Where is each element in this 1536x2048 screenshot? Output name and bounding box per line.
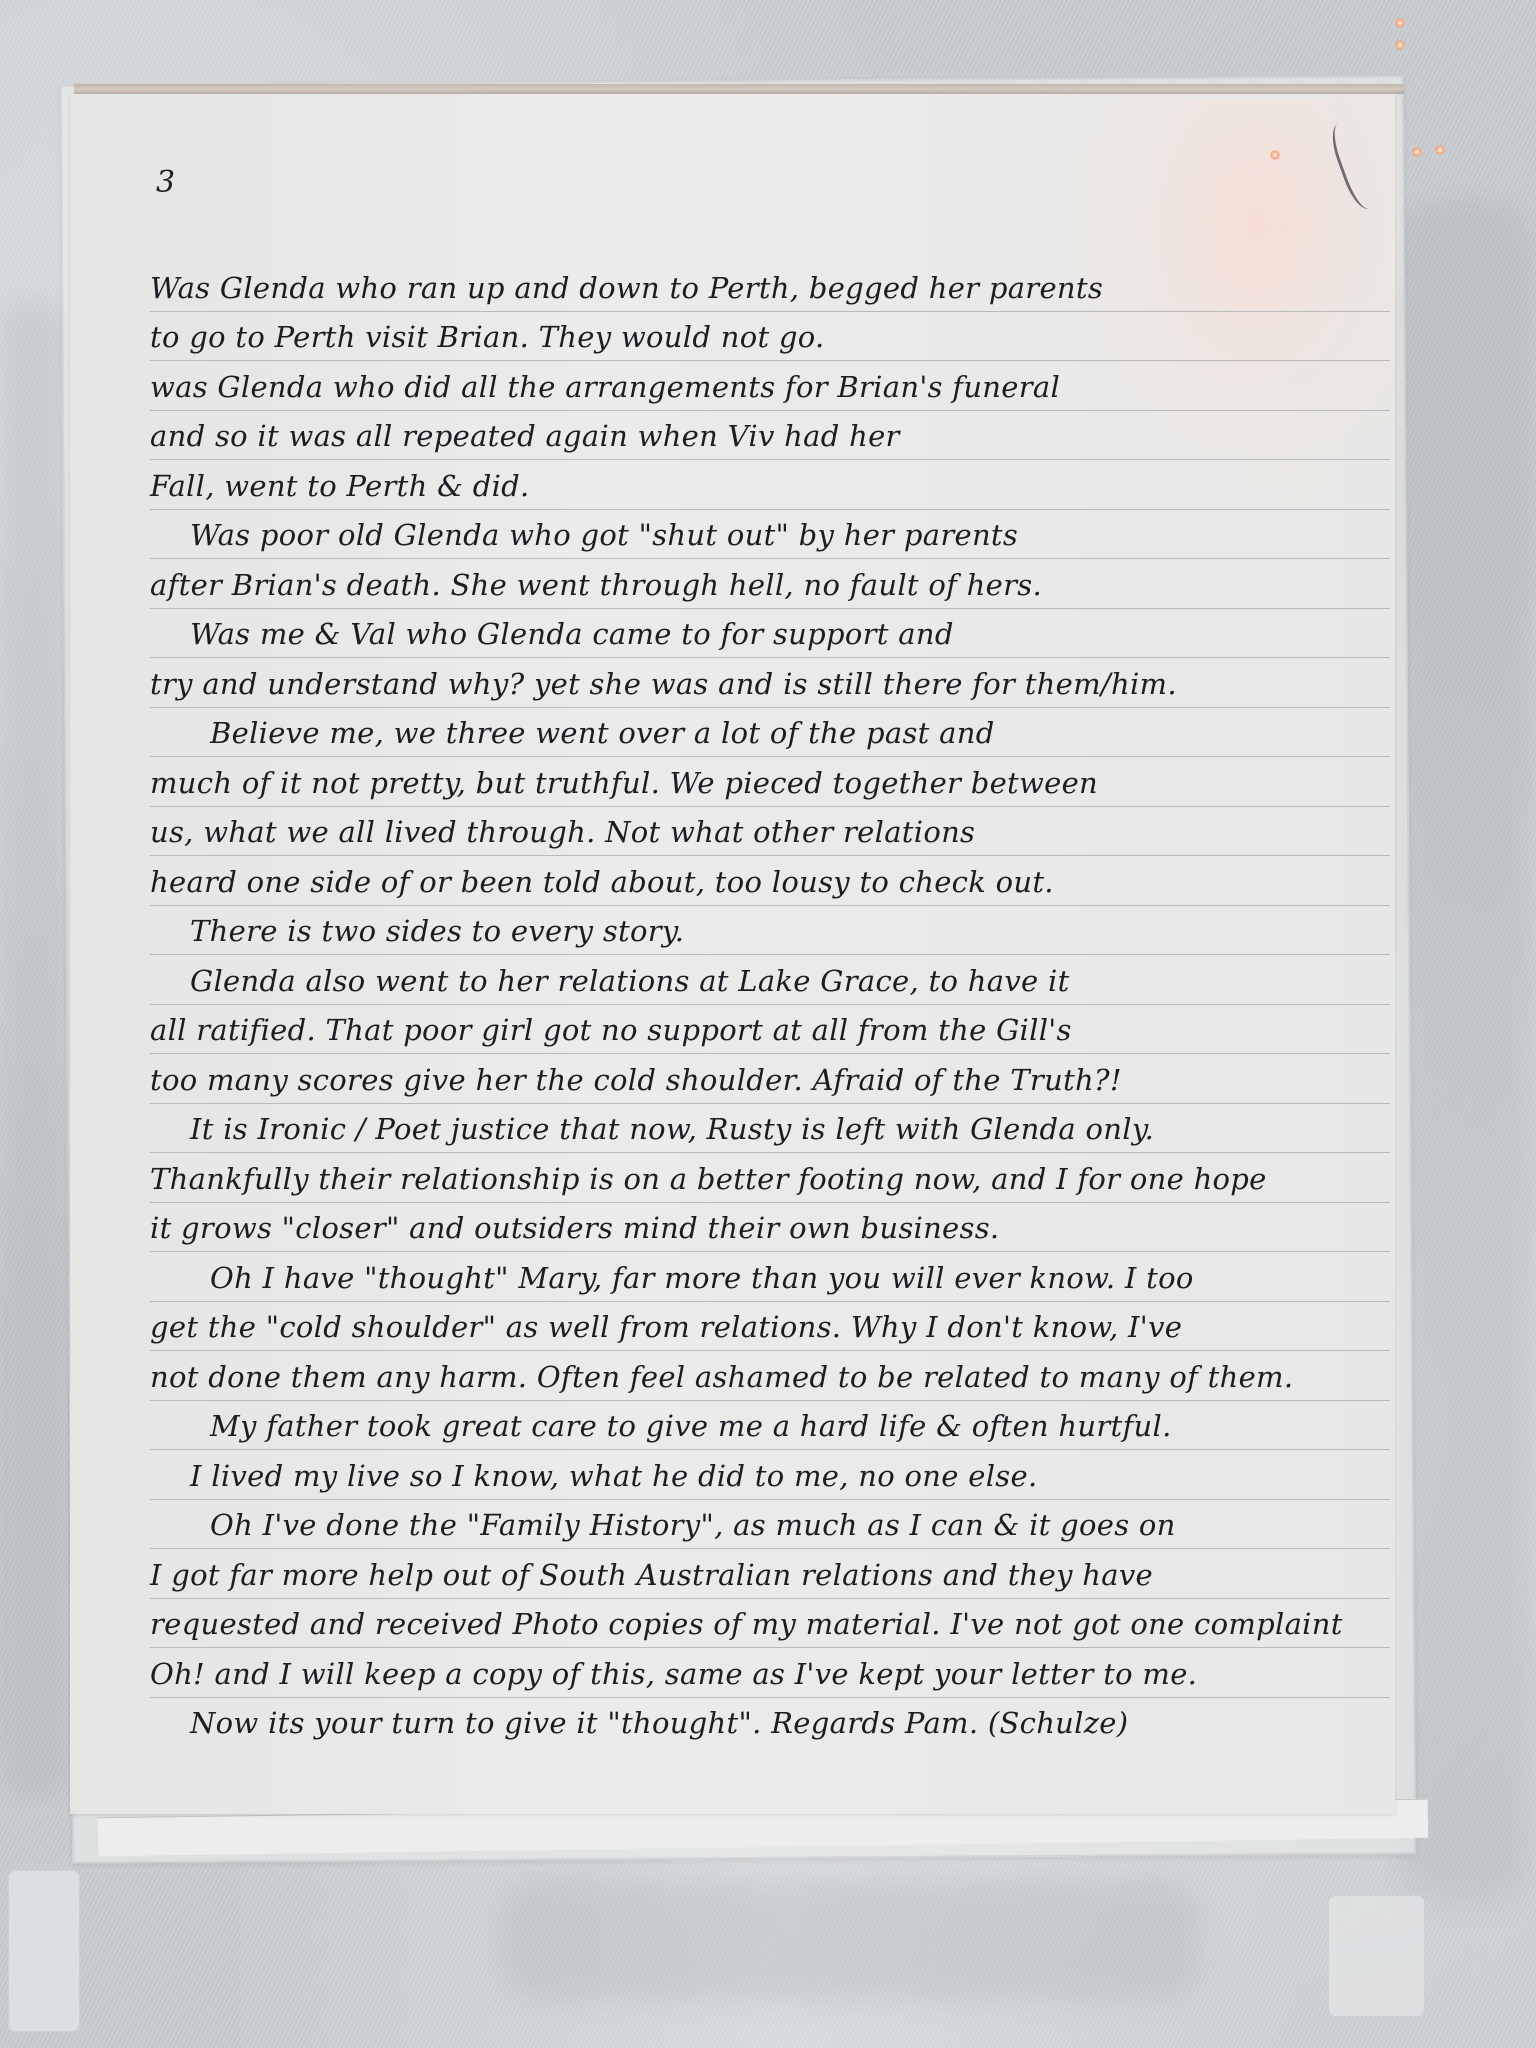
handwritten-line: Was poor old Glenda who got "shut out" b…	[190, 518, 1018, 552]
ruled-line: to go to Perth visit Brian. They would n…	[150, 312, 1390, 362]
handwritten-line: and so it was all repeated again when Vi…	[150, 419, 900, 453]
handwritten-line: Believe me, we three went over a lot of …	[210, 716, 995, 750]
handwritten-line: Was Glenda who ran up and down to Perth,…	[150, 271, 1103, 305]
ruled-line: Was me & Val who Glenda came to for supp…	[150, 609, 1390, 659]
handwritten-line: all ratified. That poor girl got no supp…	[150, 1013, 1072, 1047]
ruled-line: get the "cold shoulder" as well from rel…	[150, 1302, 1390, 1352]
fabric-fold	[1400, 200, 1530, 1900]
sleeve-top-edge	[74, 84, 1404, 94]
ruled-line: Thankfully their relationship is on a be…	[150, 1153, 1390, 1203]
tape-strip-left	[8, 1870, 80, 2032]
ruled-line: try and understand why? yet she was and …	[150, 658, 1390, 708]
ruled-line: and so it was all repeated again when Vi…	[150, 411, 1390, 461]
ruled-line: I lived my live so I know, what he did t…	[150, 1450, 1390, 1500]
handwritten-line: Was me & Val who Glenda came to for supp…	[190, 617, 954, 651]
ruled-line: us, what we all lived through. Not what …	[150, 807, 1390, 857]
tape-strip-right	[1328, 1895, 1425, 2017]
handwritten-line: not done them any harm. Often feel asham…	[150, 1360, 1293, 1394]
fabric-fold	[500, 1880, 1200, 2000]
glare-spot	[1395, 18, 1405, 28]
letter-body: Was Glenda who ran up and down to Perth,…	[150, 262, 1390, 1747]
handwritten-line: after Brian's death. She went through he…	[150, 568, 1042, 602]
ruled-line: requested and received Photo copies of m…	[150, 1599, 1390, 1649]
ruled-line: I got far more help out of South Austral…	[150, 1549, 1390, 1599]
ruled-line: It is Ironic / Poet justice that now, Ru…	[150, 1104, 1390, 1154]
ruled-line: Believe me, we three went over a lot of …	[150, 708, 1390, 758]
ruled-line: it grows "closer" and outsiders mind the…	[150, 1203, 1390, 1253]
ruled-line: Oh I have "thought" Mary, far more than …	[150, 1252, 1390, 1302]
handwritten-line: too many scores give her the cold should…	[150, 1063, 1122, 1097]
ruled-line signature-line: Now its your turn to give it "thought". …	[150, 1698, 1390, 1748]
ruled-line: Oh! and I will keep a copy of this, same…	[150, 1648, 1390, 1698]
handwritten-line: Oh I've done the "Family History", as mu…	[210, 1508, 1176, 1542]
handwritten-line: try and understand why? yet she was and …	[150, 667, 1177, 701]
ruled-line: Fall, went to Perth & did.	[150, 460, 1390, 510]
handwritten-line: us, what we all lived through. Not what …	[150, 815, 975, 849]
handwritten-line: Thankfully their relationship is on a be…	[150, 1162, 1267, 1196]
ruled-line: not done them any harm. Often feel asham…	[150, 1351, 1390, 1401]
ruled-line: There is two sides to every story.	[150, 906, 1390, 956]
handwritten-line: I got far more help out of South Austral…	[150, 1558, 1153, 1592]
ruled-line: Was poor old Glenda who got "shut out" b…	[150, 510, 1390, 560]
ruled-line: Glenda also went to her relations at Lak…	[150, 955, 1390, 1005]
ruled-line: heard one side of or been told about, to…	[150, 856, 1390, 906]
handwritten-line: It is Ironic / Poet justice that now, Ru…	[190, 1112, 1154, 1146]
ruled-line: Was Glenda who ran up and down to Perth,…	[150, 262, 1390, 312]
handwritten-line: much of it not pretty, but truthful. We …	[150, 766, 1098, 800]
glare-spot	[1270, 150, 1280, 160]
handwritten-line: There is two sides to every story.	[190, 914, 684, 948]
ruled-line: Oh I've done the "Family History", as mu…	[150, 1500, 1390, 1550]
glare-spot	[1412, 147, 1422, 157]
handwritten-line: Glenda also went to her relations at Lak…	[190, 964, 1070, 998]
handwritten-line: get the "cold shoulder" as well from rel…	[150, 1310, 1182, 1344]
glare-spot	[1395, 40, 1405, 50]
handwritten-line-signature: Now its your turn to give it "thought". …	[190, 1706, 1128, 1740]
handwritten-line: Fall, went to Perth & did.	[150, 469, 530, 503]
fabric-fold	[0, 300, 70, 1800]
ruled-line: too many scores give her the cold should…	[150, 1054, 1390, 1104]
handwritten-line: Oh! and I will keep a copy of this, same…	[150, 1657, 1197, 1691]
handwritten-line: requested and received Photo copies of m…	[150, 1607, 1343, 1641]
handwritten-line: it grows "closer" and outsiders mind the…	[150, 1211, 999, 1245]
ruled-line: much of it not pretty, but truthful. We …	[150, 757, 1390, 807]
handwritten-line: to go to Perth visit Brian. They would n…	[150, 320, 825, 354]
handwritten-line: Oh I have "thought" Mary, far more than …	[210, 1261, 1194, 1295]
handwritten-line: was Glenda who did all the arrangements …	[150, 370, 1060, 404]
ruled-line: after Brian's death. She went through he…	[150, 559, 1390, 609]
handwritten-line: My father took great care to give me a h…	[210, 1409, 1172, 1443]
handwritten-line: I lived my live so I know, what he did t…	[190, 1459, 1037, 1493]
ruled-line: all ratified. That poor girl got no supp…	[150, 1005, 1390, 1055]
ruled-line: was Glenda who did all the arrangements …	[150, 361, 1390, 411]
handwritten-line: heard one side of or been told about, to…	[150, 865, 1054, 899]
page-number-marker: 3	[156, 165, 175, 200]
glare-spot	[1435, 145, 1445, 155]
ruled-line: My father took great care to give me a h…	[150, 1401, 1390, 1451]
